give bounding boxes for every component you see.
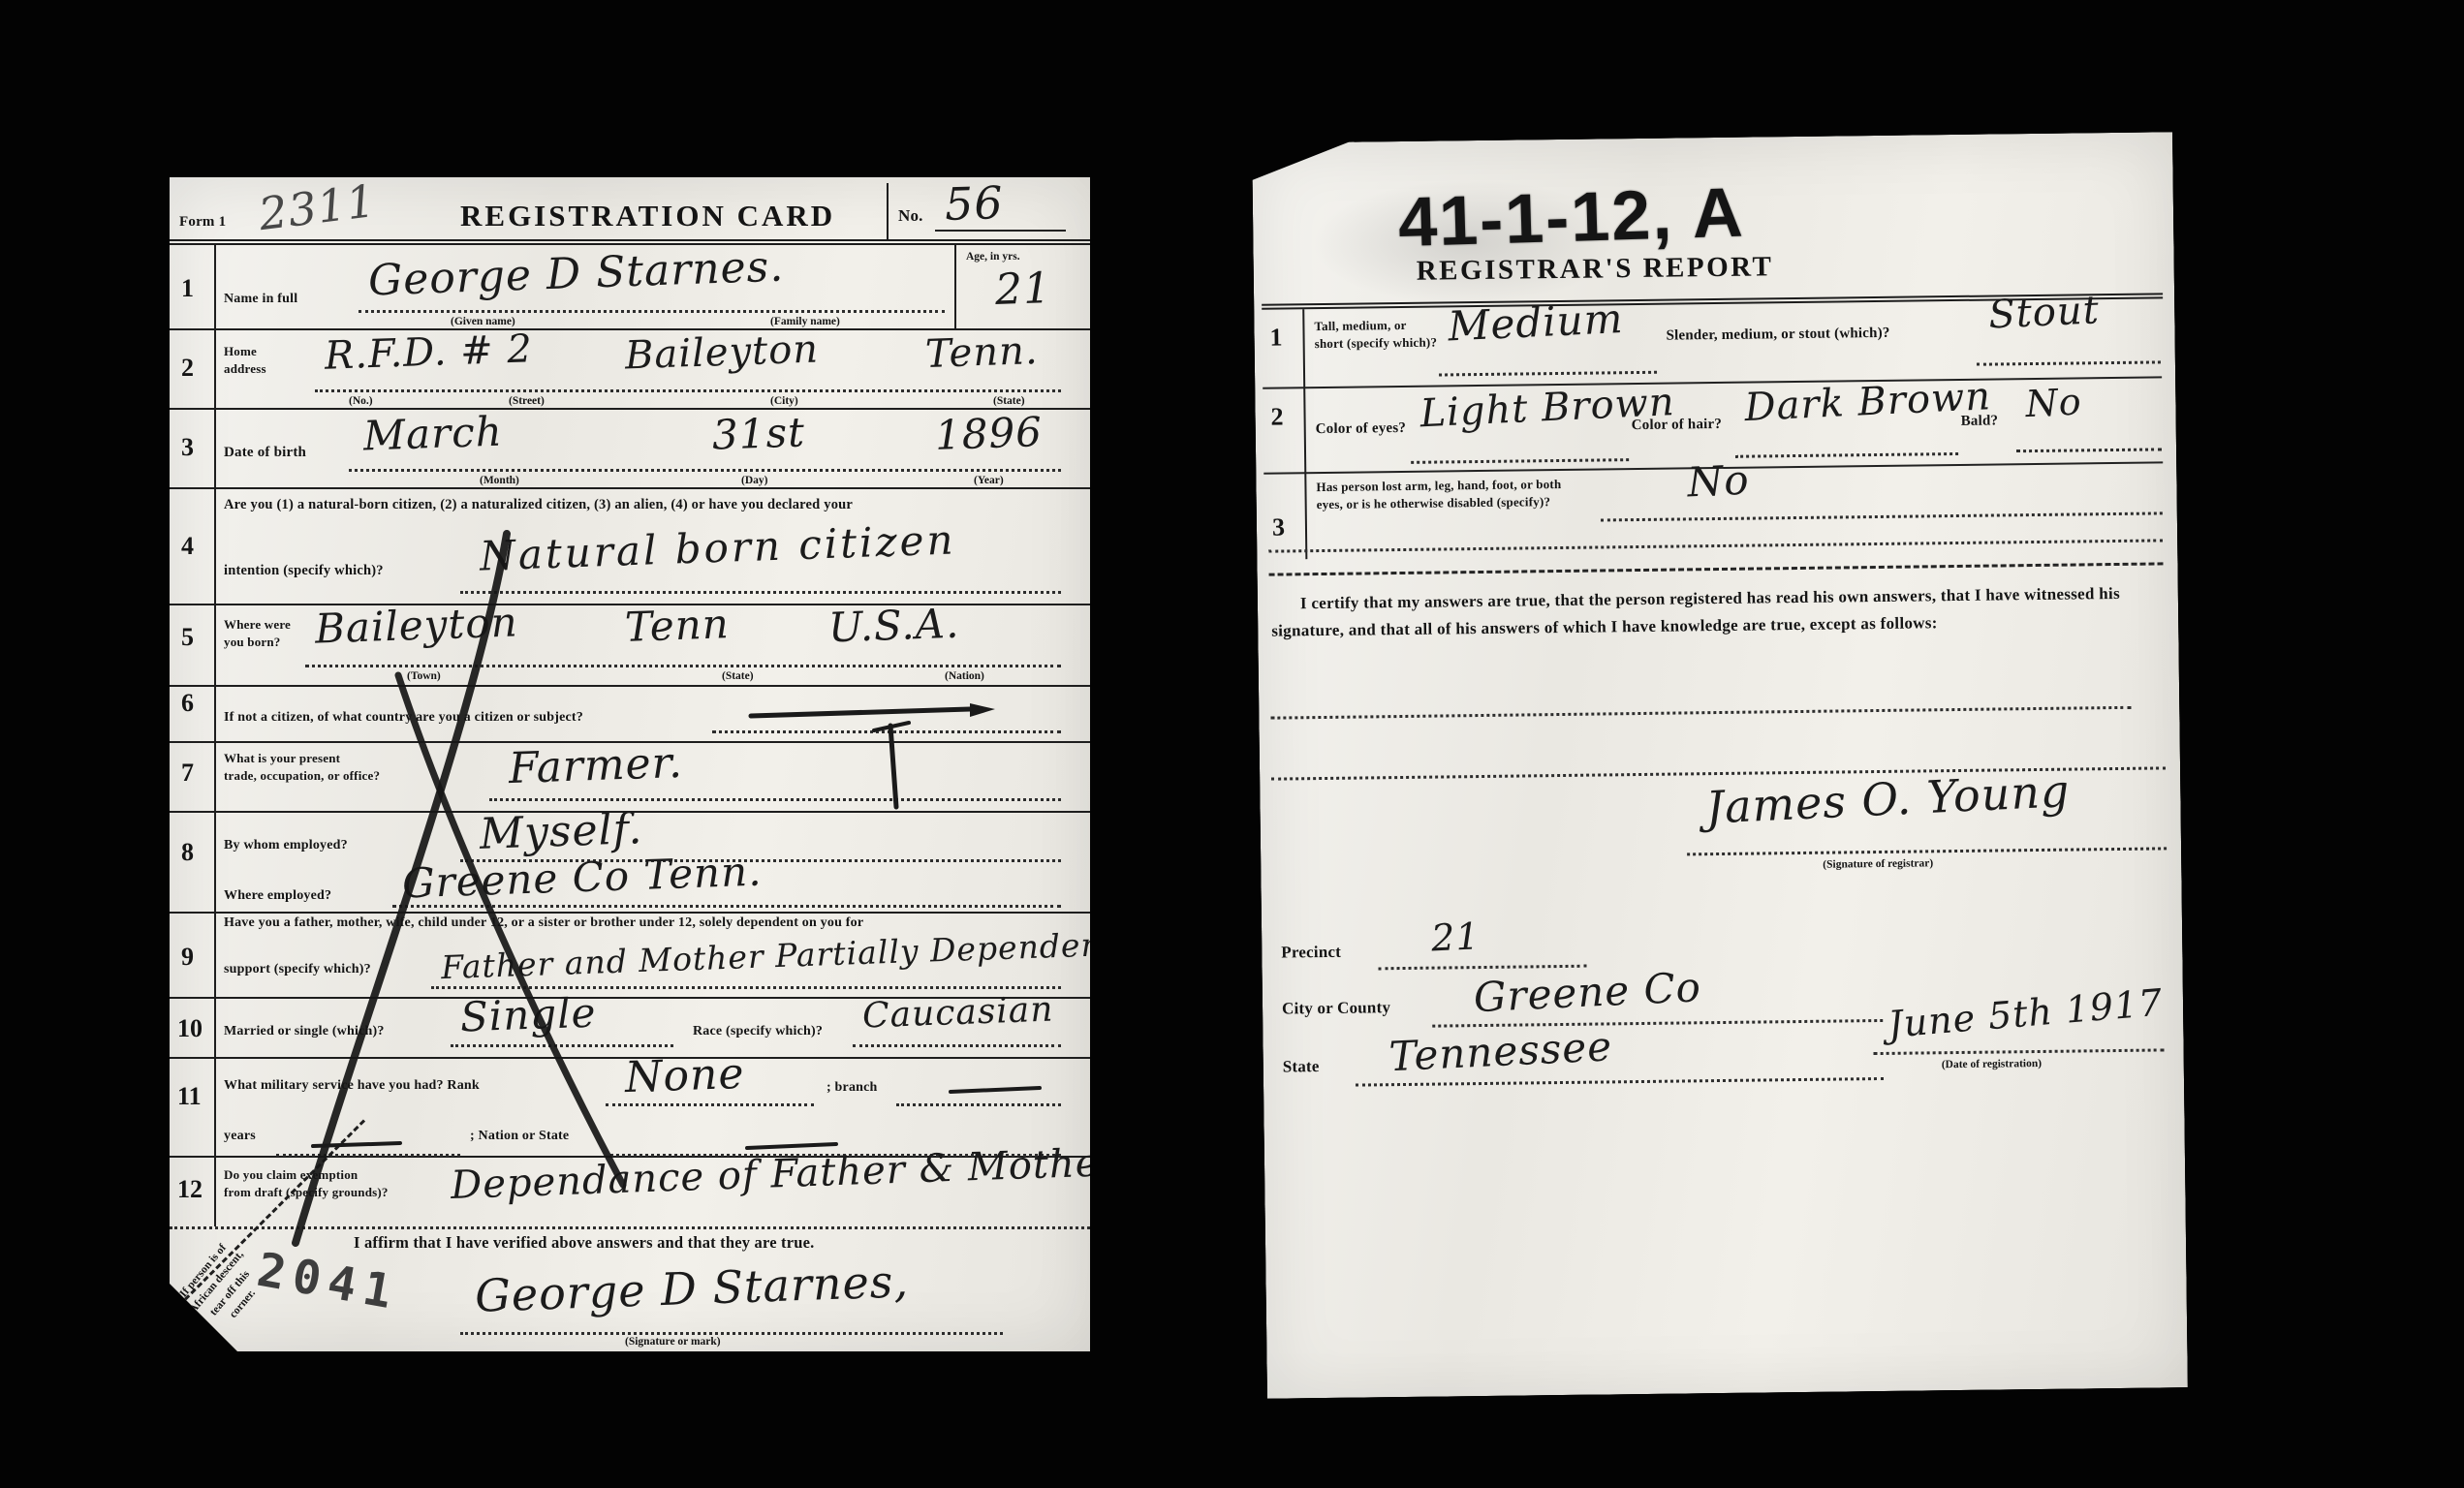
home-label-2: address bbox=[224, 361, 266, 377]
row-married-race: 10 Married or single (which)? Single Rac… bbox=[170, 999, 1090, 1059]
stout-line bbox=[1977, 360, 2161, 365]
signature-line bbox=[460, 1332, 1003, 1335]
disabled-label-2: eyes, or is he otherwise disabled (speci… bbox=[1317, 494, 1551, 512]
military-branch-label: ; branch bbox=[827, 1080, 878, 1096]
signature-block: I affirm that I have verified above answ… bbox=[170, 1229, 1090, 1351]
hair-line bbox=[1735, 452, 1958, 458]
blank-line-full bbox=[1268, 539, 2163, 552]
build-line bbox=[1439, 371, 1657, 377]
number-column-rule bbox=[214, 687, 216, 741]
row-number: 9 bbox=[181, 943, 194, 972]
dependents-line bbox=[431, 986, 1061, 989]
number-column-rule bbox=[214, 489, 216, 604]
name-line bbox=[359, 310, 945, 313]
certification-text: I certify that my answers are true, that… bbox=[1271, 580, 2149, 644]
not-citizen-label: If not a citizen, of what country are yo… bbox=[224, 710, 583, 726]
born-label-1: Where were bbox=[224, 617, 291, 633]
regcard-header: Form 1 2311 REGISTRATION CARD No. 56 bbox=[170, 177, 1090, 245]
row-exemption: 12 Do you claim exemption from draft (sp… bbox=[170, 1158, 1090, 1229]
dob-day-handwritten: 31st bbox=[711, 408, 806, 458]
scanned-document-background: Form 1 2311 REGISTRATION CARD No. 56 1 N… bbox=[0, 0, 2464, 1488]
no-box-divider bbox=[887, 183, 889, 239]
dob-year-handwritten: 1896 bbox=[934, 408, 1044, 459]
row-number: 7 bbox=[181, 759, 194, 788]
registrar-signature-handwritten: James O. Young bbox=[1704, 764, 2071, 834]
registrar-signature-line bbox=[1687, 847, 2167, 855]
row-number: 12 bbox=[177, 1175, 203, 1204]
trade-line bbox=[489, 798, 1061, 801]
build-answer-handwritten: Medium bbox=[1447, 294, 1624, 350]
precinct-value-handwritten: 21 bbox=[1430, 914, 1481, 959]
born-label-2: you born? bbox=[224, 635, 281, 650]
form-number-label: Form 1 bbox=[179, 214, 226, 231]
no-label: No. bbox=[898, 206, 923, 226]
year-sublabel: (Year) bbox=[974, 475, 1004, 486]
trade-label-1: What is your present bbox=[224, 751, 340, 766]
exemption-label-2: from draft (specify grounds)? bbox=[224, 1185, 389, 1200]
address-no-handwritten: R.F.D. # 2 bbox=[324, 326, 533, 378]
row-not-citizen: 6 If not a citizen, of what country are … bbox=[170, 687, 1090, 743]
county-value-handwritten: Greene Co bbox=[1473, 963, 1702, 1021]
age-box-divider bbox=[954, 245, 956, 328]
address-state-handwritten: Tenn. bbox=[924, 328, 1039, 377]
name-handwritten: George D Starnes. bbox=[367, 242, 785, 306]
address-city-handwritten: Baileyton bbox=[624, 327, 819, 379]
age-value-handwritten: 21 bbox=[994, 263, 1052, 315]
born-town-handwritten: Baileyton bbox=[314, 598, 518, 652]
race-answer-handwritten: Caucasian bbox=[861, 990, 1054, 1037]
dob-label: Date of birth bbox=[224, 445, 306, 461]
dependents-answer-handwritten: Father and Mother Partially Dependent bbox=[441, 925, 1117, 986]
signature-sublabel: (Signature or mark) bbox=[625, 1336, 721, 1348]
classification-stamp: 41-1-12, A bbox=[1397, 173, 1746, 263]
number-column-rule bbox=[214, 245, 216, 328]
given-name-sublabel: (Given name) bbox=[451, 316, 515, 327]
born-state-handwritten: Tenn bbox=[624, 600, 730, 651]
state-sublabel: (State) bbox=[722, 670, 754, 682]
row-number: 2 bbox=[181, 354, 194, 383]
precinct-label: Precinct bbox=[1281, 943, 1341, 963]
row-citizenship: 4 Are you (1) a natural-born citizen, (2… bbox=[170, 489, 1090, 605]
family-name-sublabel: (Family name) bbox=[770, 316, 840, 327]
row-home-address: 2 Home address R.F.D. # 2 Baileyton Tenn… bbox=[170, 330, 1090, 410]
number-column-rule bbox=[214, 1059, 216, 1156]
row-number: 4 bbox=[181, 532, 194, 561]
row-date-of-birth: 3 Date of birth March 31st 1896 (Month) … bbox=[170, 410, 1090, 489]
row-number: 11 bbox=[177, 1082, 202, 1111]
race-label: Race (specify which)? bbox=[693, 1024, 823, 1039]
military-rank-label: What military service have you had? Rank bbox=[224, 1078, 480, 1094]
no-underline bbox=[935, 230, 1066, 232]
born-nation-handwritten: U.S.A. bbox=[827, 600, 960, 652]
row-number: 2 bbox=[1270, 402, 1283, 431]
dependents-label-2: support (specify which)? bbox=[224, 962, 371, 977]
number-column-rule bbox=[214, 813, 216, 912]
row-number: 10 bbox=[177, 1014, 203, 1043]
disabled-line bbox=[1601, 511, 2163, 521]
month-sublabel: (Month) bbox=[480, 475, 519, 486]
card-title: REGISTRATION CARD bbox=[460, 199, 835, 233]
military-years-label: years bbox=[224, 1129, 256, 1144]
row-dependents: 9 Have you a father, mother, wife, child… bbox=[170, 914, 1090, 999]
town-sublabel: (Town) bbox=[407, 670, 441, 682]
dependents-label-1: Have you a father, mother, wife, child u… bbox=[224, 915, 863, 931]
married-line bbox=[451, 1044, 673, 1047]
stamp-number: 2041 bbox=[253, 1243, 403, 1321]
number-column-rule bbox=[214, 743, 216, 811]
age-label: Age, in yrs. bbox=[966, 251, 1020, 263]
number-column-rule bbox=[214, 914, 216, 997]
citizen-label-2: intention (specify which)? bbox=[224, 563, 384, 579]
row-number: 6 bbox=[181, 689, 194, 718]
exception-line-1 bbox=[1270, 706, 2131, 720]
build-label-1: Tall, medium, or bbox=[1314, 318, 1406, 334]
registrant-signature-handwritten: George D Starnes, bbox=[474, 1255, 910, 1322]
years-line bbox=[276, 1154, 460, 1157]
address-line bbox=[315, 389, 1061, 392]
stout-label: Slender, medium, or stout (which)? bbox=[1666, 325, 1889, 345]
name-label: Name in full bbox=[224, 292, 297, 307]
row-number: 3 bbox=[181, 433, 194, 462]
number-column-rule bbox=[214, 999, 216, 1057]
day-sublabel: (Day) bbox=[741, 475, 767, 486]
citizen-line bbox=[460, 591, 1061, 594]
exemption-label-1: Do you claim exemption bbox=[224, 1167, 358, 1183]
build-label-2: short (specify which)? bbox=[1315, 335, 1438, 353]
registration-date-handwritten: June 5th 1917 bbox=[1887, 981, 2165, 1046]
married-label: Married or single (which)? bbox=[224, 1024, 385, 1039]
row-number: 1 bbox=[181, 274, 194, 303]
employed-where-handwritten: Greene Co Tenn. bbox=[401, 848, 763, 908]
date-sublabel: (Date of registration) bbox=[1942, 1058, 2042, 1070]
employed-by-label: By whom employed? bbox=[224, 838, 348, 853]
stout-answer-handwritten: Stout bbox=[1987, 288, 2100, 337]
race-line bbox=[853, 1044, 1061, 1047]
disabled-label-1: Has person lost arm, leg, hand, foot, or… bbox=[1316, 477, 1561, 495]
trade-answer-handwritten: Farmer. bbox=[508, 738, 683, 793]
row-military: 11 What military service have you had? R… bbox=[170, 1059, 1090, 1158]
citizen-answer-handwritten: Natural born citizen bbox=[479, 515, 956, 579]
street-sublabel: (Street) bbox=[509, 395, 545, 407]
home-label-1: Home bbox=[224, 344, 257, 359]
no-sublabel: (No.) bbox=[349, 395, 373, 407]
military-nation-label: ; Nation or State bbox=[470, 1129, 569, 1144]
military-rank-handwritten: None bbox=[624, 1049, 745, 1102]
dob-line bbox=[349, 469, 1061, 472]
disabled-answer-handwritten: No bbox=[1686, 456, 1750, 507]
no-value-handwritten: 56 bbox=[944, 176, 1004, 231]
not-citizen-line bbox=[712, 730, 1061, 733]
registration-card: Form 1 2311 REGISTRATION CARD No. 56 1 N… bbox=[170, 177, 1090, 1351]
state-label: State bbox=[1283, 1057, 1320, 1076]
row-name: 1 Name in full George D Starnes. (Given … bbox=[170, 245, 1090, 330]
date-line bbox=[1874, 1048, 2165, 1055]
employed-where-line bbox=[392, 905, 1061, 908]
trade-label-2: trade, occupation, or office? bbox=[224, 768, 380, 784]
number-column-rule bbox=[214, 330, 216, 408]
eyes-label: Color of eyes? bbox=[1316, 420, 1407, 438]
rank-line bbox=[606, 1103, 814, 1106]
row-trade: 7 What is your present trade, occupation… bbox=[170, 743, 1090, 813]
state-value-handwritten: Tennessee bbox=[1388, 1022, 1613, 1080]
bald-label: Bald? bbox=[1961, 413, 1999, 429]
state-line bbox=[1356, 1077, 1884, 1087]
report-title: REGISTRAR'S REPORT bbox=[1417, 251, 1774, 288]
nation-sublabel: (Nation) bbox=[945, 670, 984, 682]
serial-number-handwritten: 2311 bbox=[256, 174, 379, 240]
row-employer: 8 By whom employed? Myself. Where employ… bbox=[170, 813, 1090, 914]
eyes-line bbox=[1411, 458, 1629, 464]
born-line bbox=[305, 665, 1061, 667]
branch-line bbox=[896, 1103, 1061, 1106]
bald-line bbox=[2016, 448, 2162, 452]
number-column-rule bbox=[214, 605, 216, 685]
state-sublabel: (State) bbox=[993, 395, 1025, 407]
number-column-rule bbox=[1302, 309, 1307, 559]
row-number: 5 bbox=[181, 623, 194, 652]
employed-where-label: Where employed? bbox=[224, 888, 331, 904]
hair-label: Color of hair? bbox=[1632, 417, 1723, 434]
affirmation-text: I affirm that I have verified above answ… bbox=[354, 1233, 815, 1253]
citizen-label-1: Are you (1) a natural-born citizen, (2) … bbox=[224, 497, 853, 513]
city-sublabel: (City) bbox=[770, 395, 798, 407]
row-number: 1 bbox=[1269, 323, 1282, 352]
employed-by-handwritten: Myself. bbox=[479, 804, 643, 859]
row-where-born: 5 Where were you born? Baileyton Tenn U.… bbox=[170, 605, 1090, 687]
dob-month-handwritten: March bbox=[362, 408, 503, 460]
bald-answer-handwritten: No bbox=[2024, 380, 2082, 425]
number-column-rule bbox=[214, 1158, 216, 1226]
registrar-signature-sublabel: (Signature of registrar) bbox=[1823, 857, 1933, 870]
registrars-report-card: 41-1-12, A REGISTRAR'S REPORT 1 Tall, me… bbox=[1252, 132, 2188, 1399]
section-rule bbox=[1269, 562, 2164, 575]
county-line bbox=[1432, 1019, 1883, 1028]
county-label: City or County bbox=[1282, 998, 1390, 1018]
married-answer-handwritten: Single bbox=[459, 989, 597, 1041]
row-number: 8 bbox=[181, 838, 194, 867]
number-column-rule bbox=[214, 410, 216, 487]
row-number: 3 bbox=[1272, 512, 1285, 542]
